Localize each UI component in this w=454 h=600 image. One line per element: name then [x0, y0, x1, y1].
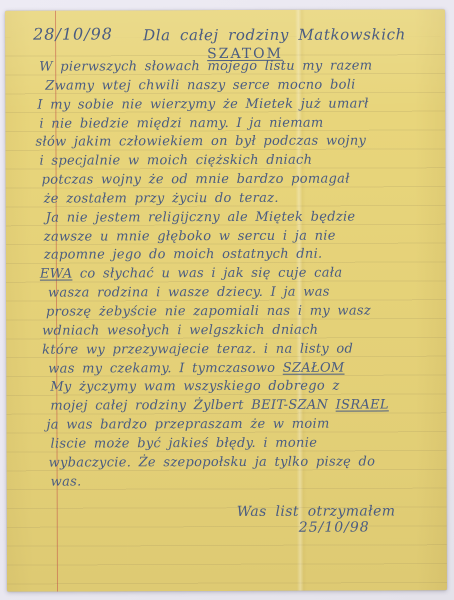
letter-text-segment: słów jakim człowiekiem on był podczas wo… — [35, 134, 366, 150]
letter-line: wybaczycie. Że szepopołsku ja tylko pisz… — [37, 453, 443, 473]
letter-date: 28/10/98 — [33, 24, 113, 43]
letter-text-segment: zawsze u mnie głęboko w sercu i ja nie — [44, 228, 336, 244]
letter-text-segment: mojej całej rodziny Żylbert BEIT-SZAN — [50, 398, 335, 414]
closing-text: Was list otrzymałem — [237, 503, 396, 520]
closing-date: 25/10/98 — [237, 519, 396, 536]
letter-line: was my czekamy. I tymczasowo SZAŁOM — [36, 359, 442, 379]
letter-line: które wy przezywajecie teraz. i na listy… — [36, 340, 442, 360]
letter-line: słów jakim człowiekiem on był podczas wo… — [35, 133, 441, 153]
letter-line: proszę żebyście nie zapomiali nas i my w… — [36, 302, 442, 322]
underlined-word: EWA — [40, 267, 73, 282]
letter-heading: Dla całej rodziny Matkowskich — [143, 25, 406, 44]
letter-text-segment: które wy przezywajecie teraz. i na listy… — [42, 341, 353, 357]
letter-line: i nie biedzie międzi namy. I ja niemam — [35, 114, 441, 134]
letter-paper: 28/10/98 Dla całej rodziny Matkowskich S… — [5, 9, 447, 592]
letter-line: mojej całej rodziny Żylbert BEIT-SZAN IS… — [36, 396, 442, 416]
letter-text-segment: i specjalnie w moich ciężskich dniach — [39, 153, 312, 169]
letter-text-segment: wasza rodzina i wasze dziecy. I ja was — [48, 285, 330, 301]
letter-line: liscie może być jakieś błędy. i monie — [36, 434, 442, 454]
letter-text-segment: was my czekamy. I tymczasowo — [48, 360, 283, 376]
letter-text-segment: My życzymy wam wszyskiego dobrego z — [50, 379, 339, 395]
letter-line: My życzymy wam wszyskiego dobrego z — [36, 378, 442, 398]
letter-text-segment: potczas wojny że od mnie bardzo pomagał — [42, 172, 350, 188]
letter-text-segment: W pierwszych słowach mojego listu my raz… — [39, 58, 372, 74]
letter-line: że zostałem przy życiu do teraz. — [36, 189, 442, 209]
letter-line: ja was bardzo przepraszam że w moim — [36, 415, 442, 435]
letter-line: i specjalnie w moich ciężskich dniach — [35, 151, 441, 171]
letter-text-segment: co słychać u was i jak się cuje cała — [72, 266, 342, 282]
letter-line: W pierwszych słowach mojego listu my raz… — [35, 57, 441, 77]
letter-text-segment: wybaczycie. Że szepopołsku ja tylko pisz… — [49, 454, 376, 470]
letter-text-segment: proszę żebyście nie zapomiali nas i my w… — [46, 303, 371, 319]
underlined-word: ISRAEL — [336, 398, 389, 413]
letter-text-segment: Ja nie jestem religijczny ale Miętek będ… — [46, 209, 356, 225]
letter-text-segment: zapomne jego do moich ostatnych dni. — [44, 247, 323, 263]
letter-text-segment: ja was bardzo przepraszam że w moim — [46, 417, 329, 433]
letter-line: was. — [37, 472, 443, 492]
letter-closing: Was list otrzymałem 25/10/98 — [237, 503, 396, 536]
letter-line: EWA co słychać u was i jak się cuje cała — [36, 265, 442, 285]
letter-line: Zwamy wtej chwili naszy serce mocno boli — [35, 76, 441, 96]
letter-line: wdniach wesołych i welgszkich dniach — [36, 321, 442, 341]
letter-text-segment: liscie może być jakieś błędy. i monie — [50, 436, 317, 452]
letter-text-segment: i nie biedzie międzi namy. I ja niemam — [39, 115, 323, 131]
scanned-letter: 28/10/98 Dla całej rodziny Matkowskich S… — [0, 0, 454, 600]
letter-line: Ja nie jestem religijczny ale Miętek będ… — [36, 208, 442, 228]
letter-body: W pierwszych słowach mojego listu my raz… — [35, 57, 443, 492]
letter-text-segment: I my sobie nie wierzymy że Mietek już um… — [37, 96, 368, 112]
letter-line: wasza rodzina i wasze dziecy. I ja was — [36, 283, 442, 303]
letter-text-segment: was. — [51, 474, 82, 489]
letter-text-segment: wdniach wesołych i welgszkich dniach — [42, 322, 318, 338]
underlined-word: SZAŁOM — [283, 360, 345, 375]
letter-text-segment: Zwamy wtej chwili naszy serce mocno boli — [45, 77, 355, 93]
letter-text-segment: że zostałem przy życiu do teraz. — [44, 191, 279, 207]
letter-line: I my sobie nie wierzymy że Mietek już um… — [35, 95, 441, 115]
letter-line: zapomne jego do moich ostatnych dni. — [36, 246, 442, 266]
letter-line: potczas wojny że od mnie bardzo pomagał — [36, 170, 442, 190]
letter-line: zawsze u mnie głęboko w sercu i ja nie — [36, 227, 442, 247]
